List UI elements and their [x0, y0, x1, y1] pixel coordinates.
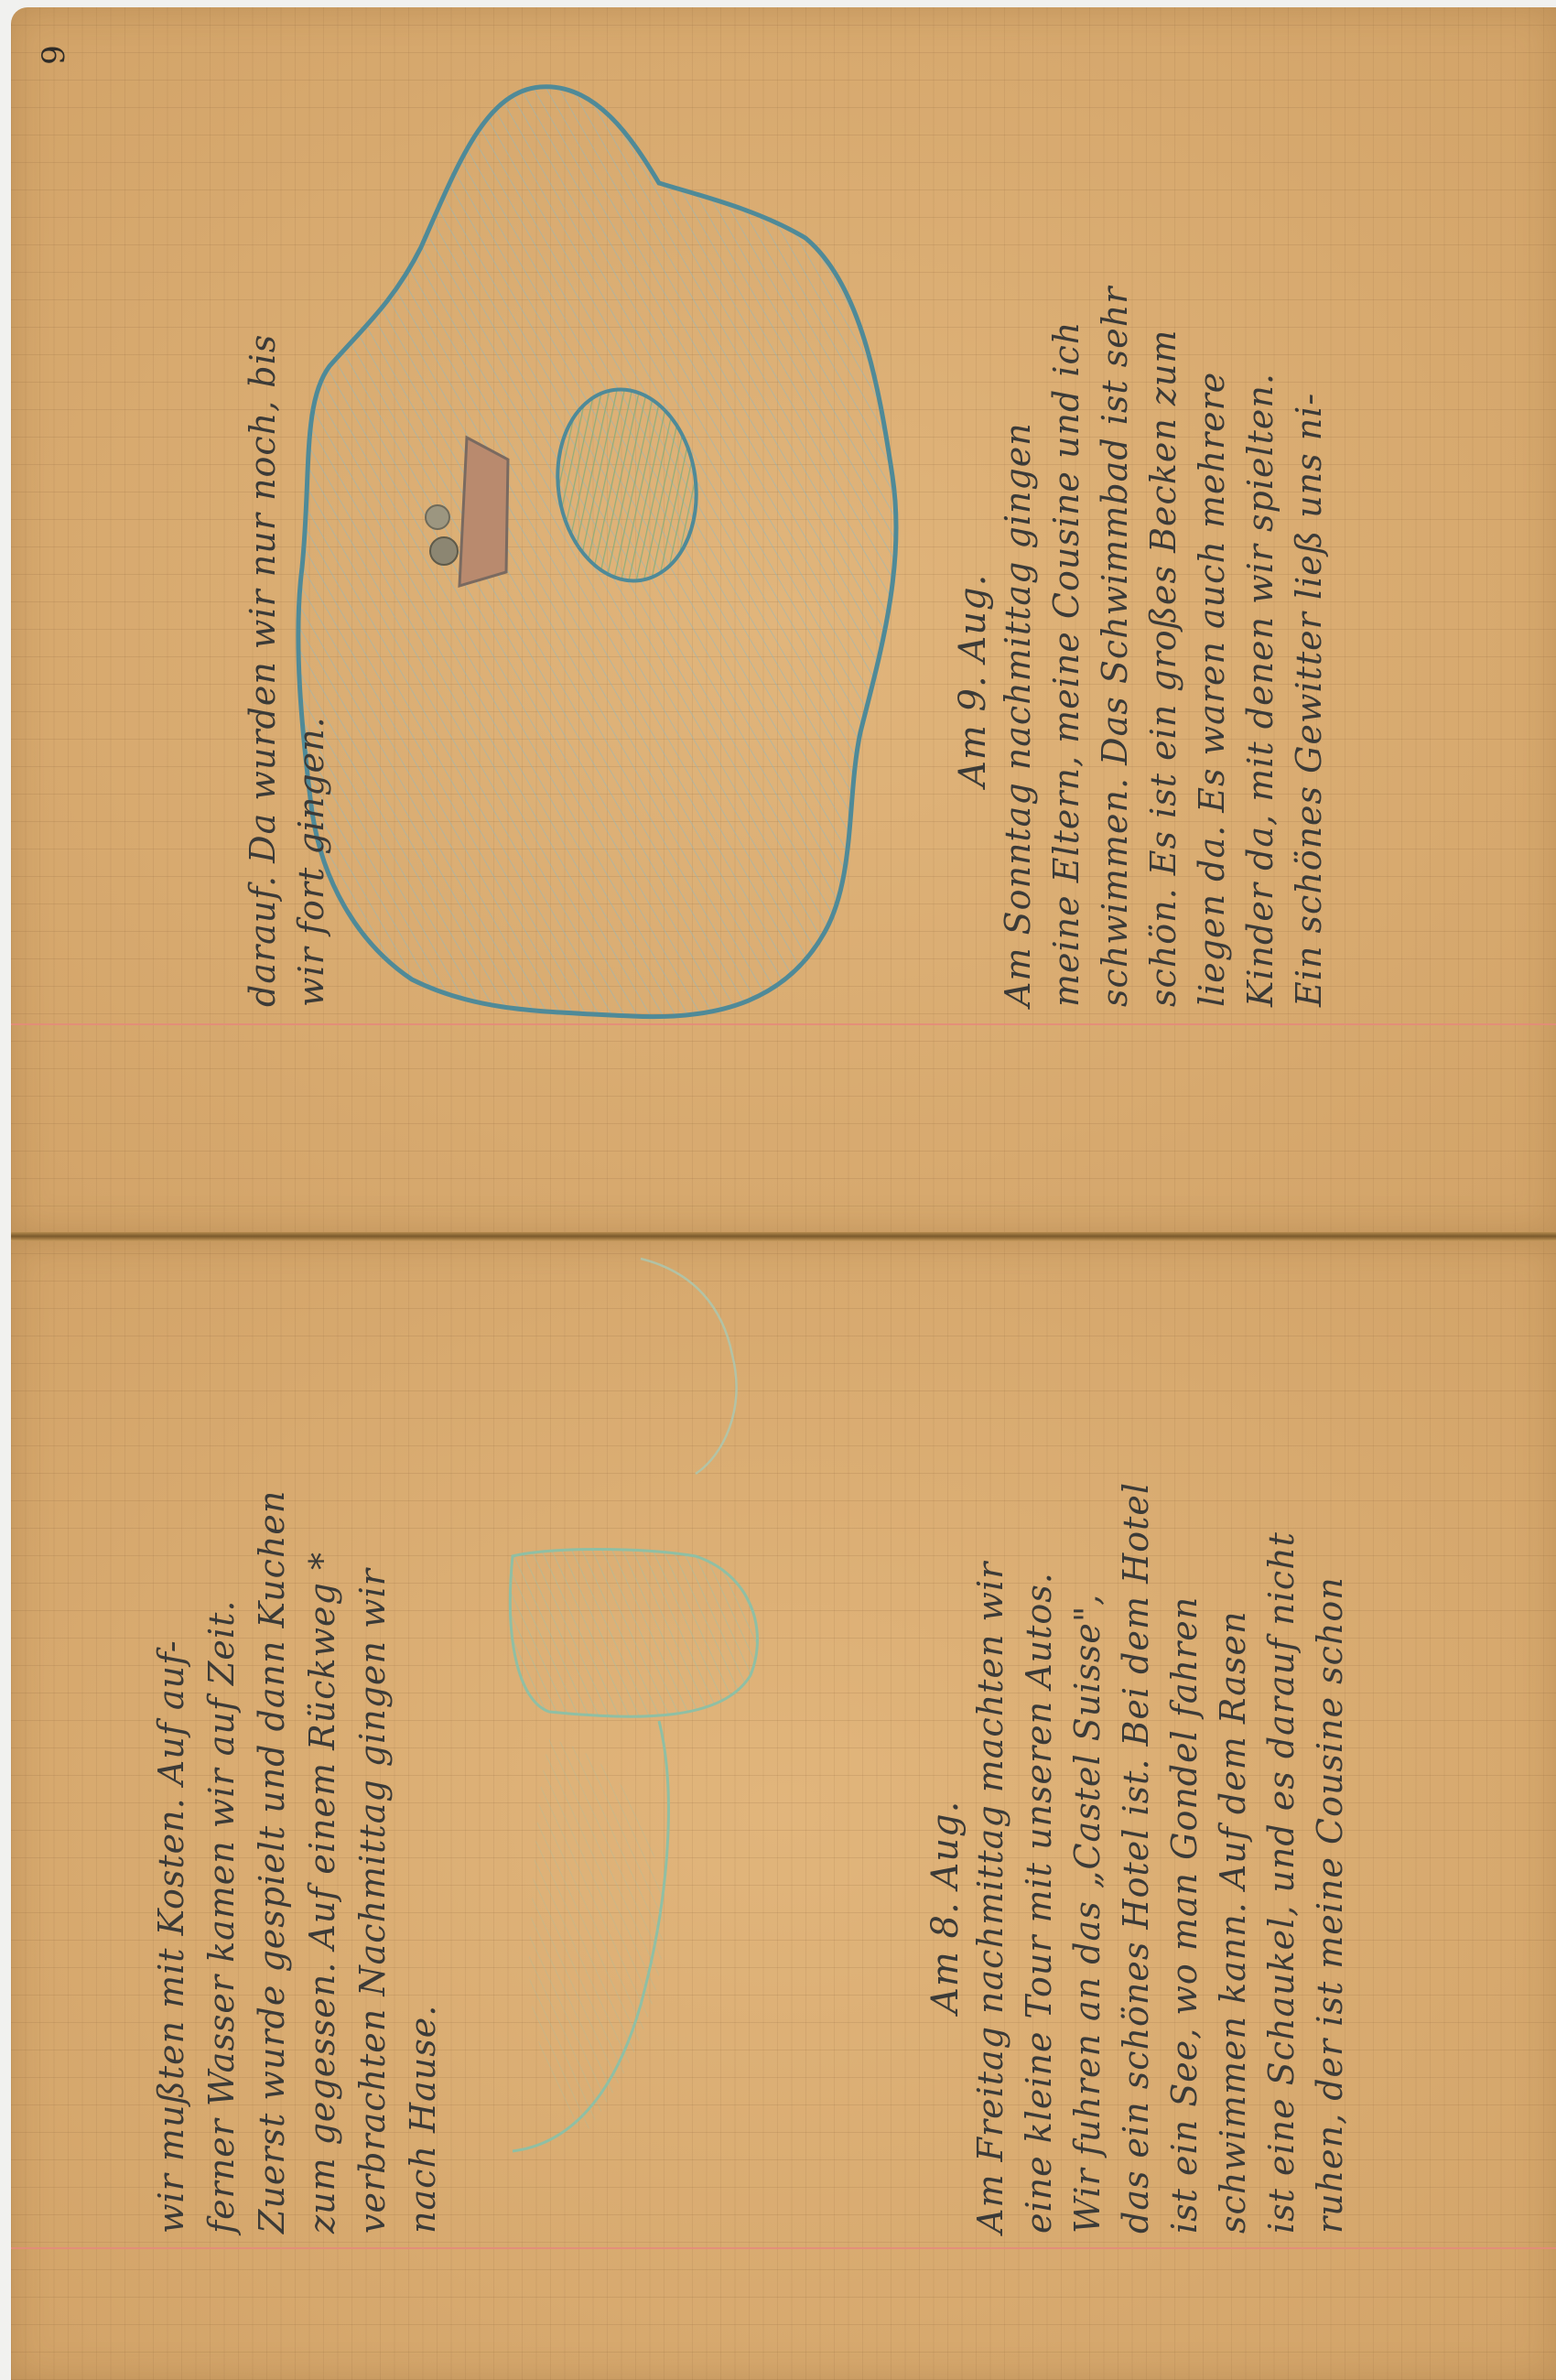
handwritten-line: Zuerst wurde gespielt und dann Kuchen — [252, 1490, 292, 2234]
handwritten-line: wir mußten mit Kosten. Auf auf- — [151, 1639, 191, 2234]
handwritten-line: ruhen, der ist meine Cousine schon — [1310, 1576, 1350, 2234]
handwritten-line: verbrachten Nachmittag gingen wir — [352, 1568, 393, 2234]
handwritten-line: das ein schönes Hotel ist. Bei dem Hotel — [1116, 1482, 1156, 2234]
handwritten-line: ferner Wasser kamen wir auf Zeit. — [201, 1600, 242, 2234]
handwritten-line: zum gegessen. Auf einem Rückweg * — [302, 1552, 342, 2234]
handwritten-line: schwimmen kann. Auf dem Rasen — [1213, 1611, 1253, 2234]
handwritten-line: ist ein See, wo man Gondel fahren — [1164, 1596, 1205, 2234]
handwritten-line: nach Hause. — [403, 2005, 443, 2234]
mountain-peaks — [510, 1259, 757, 2151]
handwritten-line: eine kleine Tour mit unseren Autos. — [1019, 1572, 1059, 2234]
entry-date-heading: Am 8. Aug. — [924, 1801, 967, 2014]
handwritten-line: Wir fuhren an das „Castel Suisse", — [1067, 1594, 1108, 2234]
handwritten-line: ist eine Schaukel, und es darauf nicht — [1261, 1531, 1302, 2234]
handwritten-line: Am Freitag nachmittag machten wir — [970, 1562, 1010, 2234]
